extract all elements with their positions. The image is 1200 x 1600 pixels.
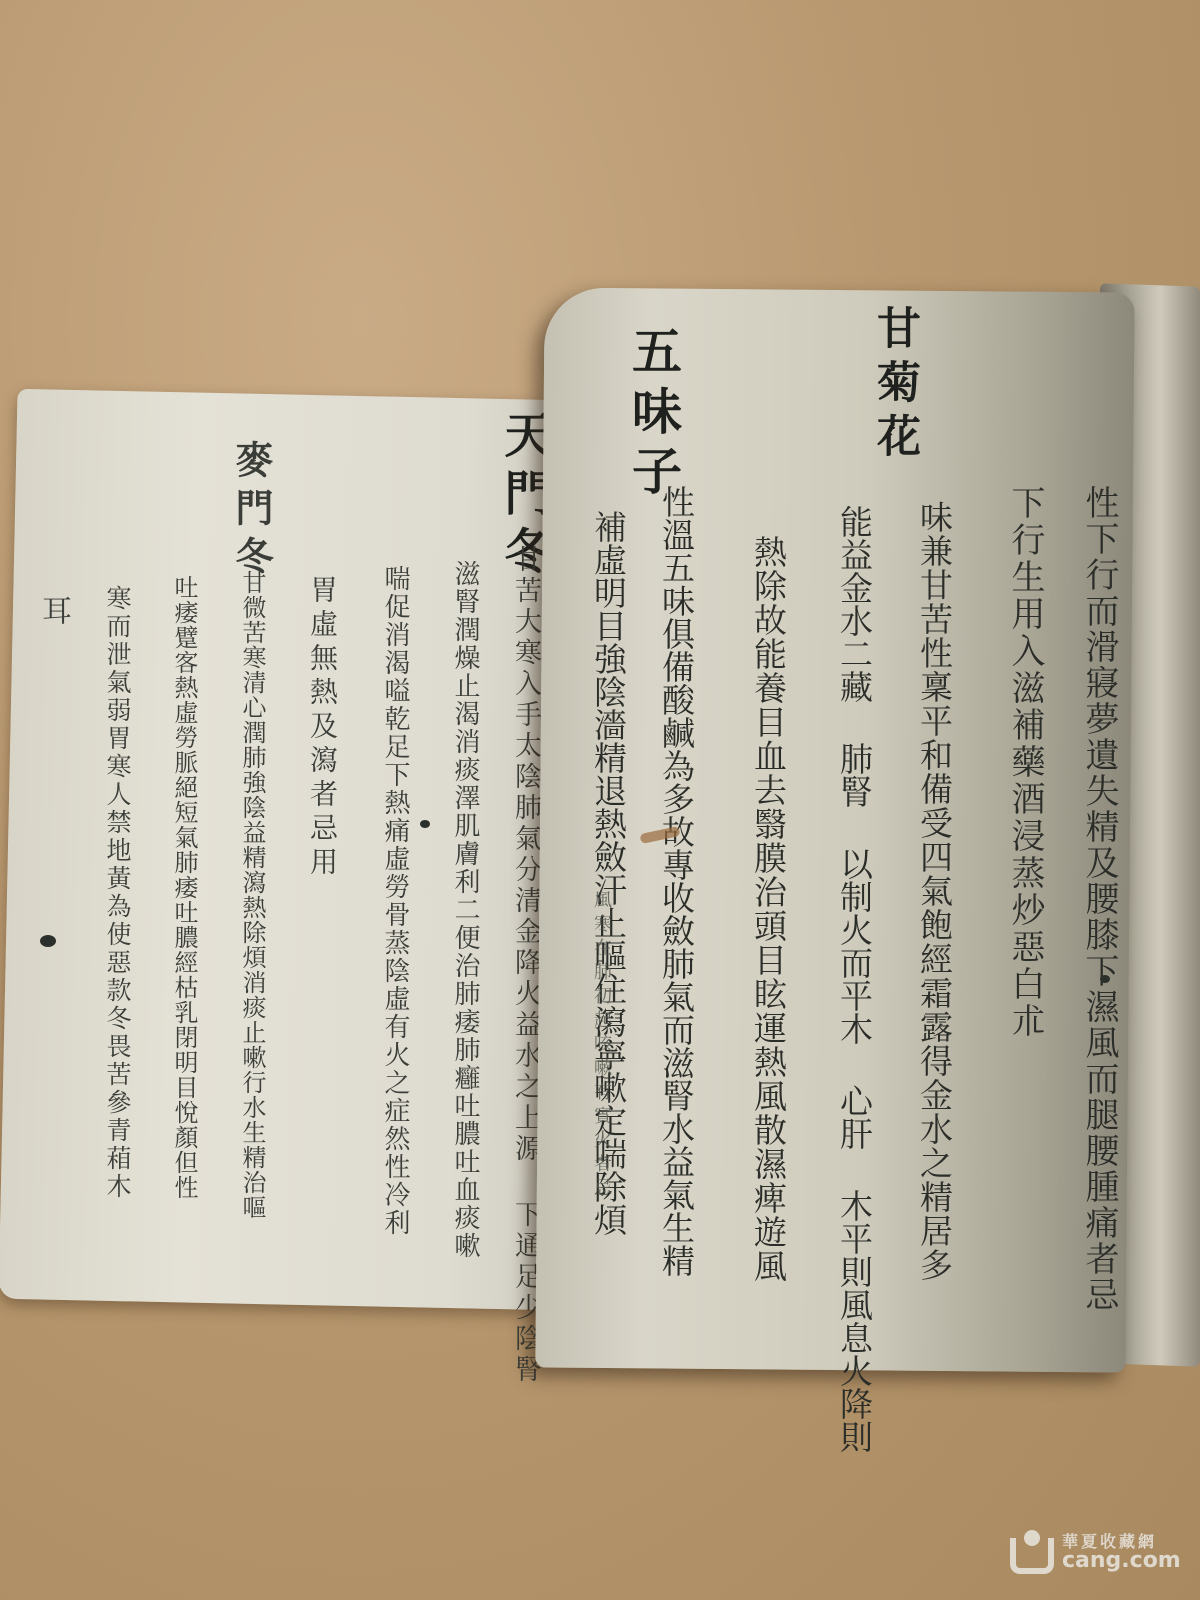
- text-column: 耳: [38, 595, 68, 631]
- entry-title-ganjuhua: 甘菊花: [872, 305, 916, 467]
- text-column: 性溫五味俱備酸鹹為多故專收斂肺氣而滋腎水益氣生精: [660, 485, 693, 1277]
- ink-blot: [40, 935, 56, 947]
- manuscript-photo: 天門冬 甘苦大寒入手太陰肺氣分清金降火益水之上源 下通足少陰腎 滋腎潤燥止渴消痰…: [0, 0, 1200, 1600]
- text-column: 喘促消渴嗌乾足下熱痛虛勞骨蒸陰虛有火之症然性冷利: [382, 565, 408, 1237]
- margin-note: 風寒在肺初起咳嗽有實火者忌: [592, 890, 610, 1202]
- text-column: 能益金水二藏 肺腎 以制火而平木 心肝 木平則風息火降則: [838, 505, 871, 1453]
- entry-title-maimendong: 麥門冬: [232, 440, 270, 584]
- text-column: 熱除故能養目血去翳膜治頭目眩運熱風散濕痺遊風: [752, 535, 785, 1283]
- text-column: 甘微苦寒清心潤肺強陰益精瀉熱除煩消痰止嗽行水生精治嘔: [240, 570, 264, 1220]
- text-column: 下行生用入滋補藥酒浸蒸炒惡白朮: [1008, 485, 1042, 1040]
- text-column: 寒而泄氣弱胃寒人禁地黃為使惡款冬畏苦參青葙木: [105, 585, 130, 1201]
- text-column: 胃虛無熱及瀉者忌用: [308, 575, 336, 881]
- ink-blot: [420, 820, 430, 828]
- text-column: 滋腎潤燥止渴消痰澤肌膚利二便治肺痿肺癰吐膿吐血痰嗽: [452, 560, 478, 1260]
- text-column: 性下行而滑寢夢遺失精及腰膝下濕風而腿腰腫痛者忌: [1082, 485, 1116, 1313]
- watermark-domain: cang.com: [1062, 1550, 1181, 1572]
- text-column: 味兼甘苦性稟平和備受四氣飽經霜露得金水之精居多: [918, 500, 951, 1282]
- text-column: 甘苦大寒入手太陰肺氣分清金降火益水之上源 下通足少陰腎: [512, 545, 539, 1386]
- ink-blot: [1100, 975, 1110, 983]
- site-watermark: 華夏收藏網 cang.com: [1010, 1530, 1181, 1576]
- entry-title-wuweizi: 五味子: [628, 325, 678, 505]
- text-column: 吐痿躄客熱虛勞脈絕短氣肺痿吐膿經枯乳閉明目悅顏但性: [172, 575, 196, 1200]
- cang-logo-icon: [1010, 1530, 1054, 1576]
